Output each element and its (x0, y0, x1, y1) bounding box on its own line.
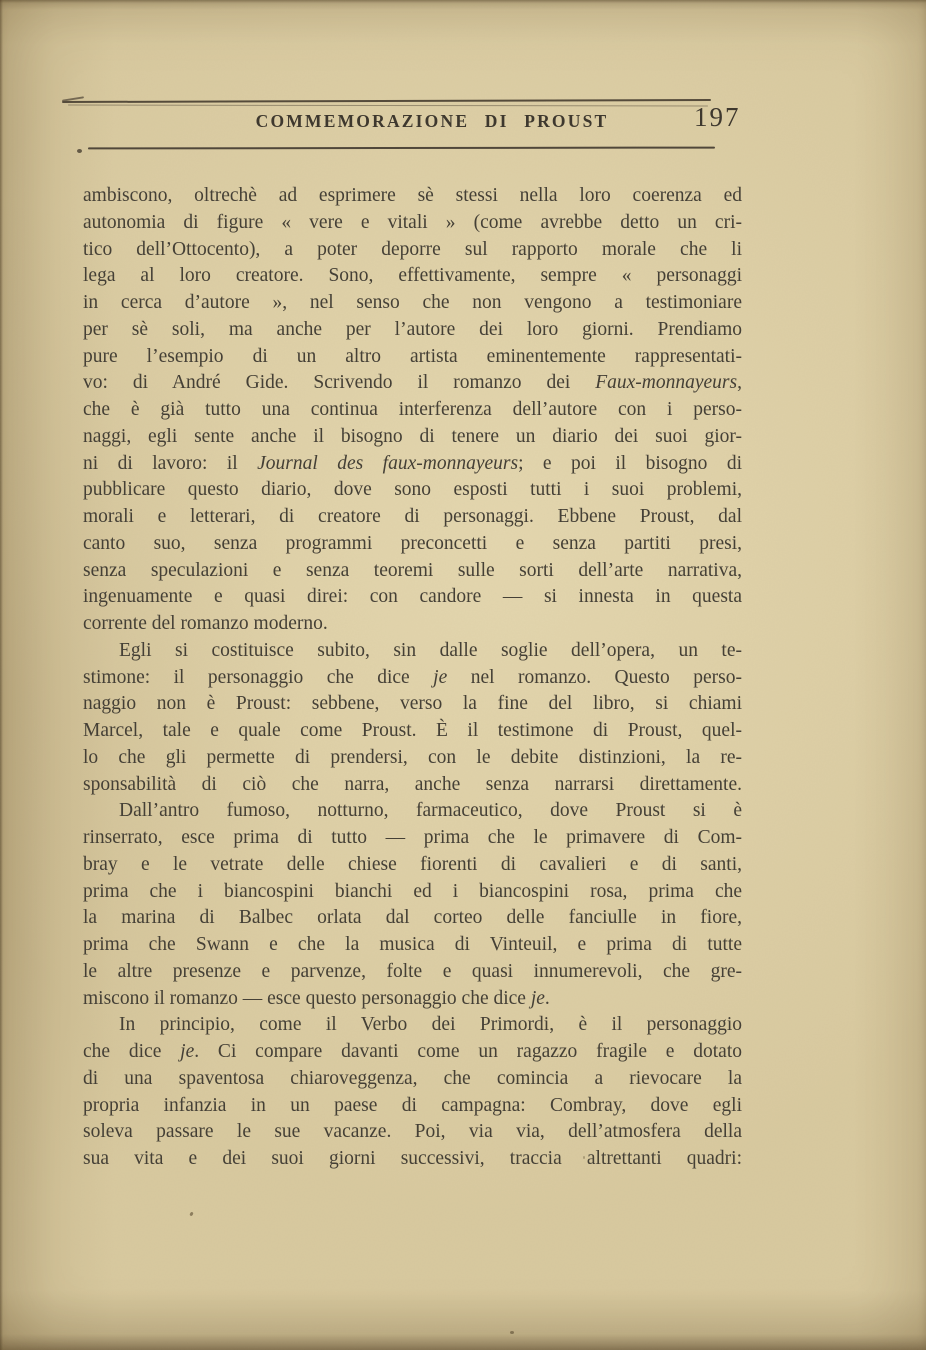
text-line: che dice je. Ci compare davanti come un … (83, 1039, 742, 1066)
text: ; e poi il bisogno di (518, 453, 742, 474)
text-line: rinserrato, esce prima di tutto — prima … (83, 825, 742, 852)
text: lega al loro creatore. Sono, effettivame… (83, 265, 742, 286)
text-line: Marcel, tale e quale come Proust. È il t… (83, 718, 742, 745)
text: le altre presenze e parvenze, folte e qu… (83, 961, 742, 982)
text: Egli si costituisce subito, sin dalle so… (119, 640, 742, 661)
text: lo che gli permette di prendersi, con le… (83, 747, 742, 768)
text: ni di lavoro: il (83, 453, 257, 474)
header-rule-top-echo (68, 105, 708, 107)
text: corrente del romanzo moderno. (83, 613, 328, 634)
text: senza speculazioni e senza teoremi sulle… (83, 560, 742, 581)
text-line: lega al loro creatore. Sono, effettivame… (83, 263, 742, 290)
header-rule-top (62, 99, 711, 103)
text-line: Dall’antro fumoso, notturno, farmaceutic… (83, 798, 742, 825)
text-line: miscono il romanzo — esce questo persona… (83, 986, 742, 1013)
running-head: COMMEMORAZIONE DI PROUST (103, 111, 761, 132)
text-line: prima che i biancospini bianchi ed i bia… (83, 879, 742, 906)
text-line: pure l’esempio di un altro artista emine… (83, 344, 742, 371)
text: sua vita e dei suoi giorni successivi, t… (83, 1148, 742, 1169)
text: di una spaventosa chiaroveggenza, che co… (83, 1068, 742, 1089)
text: propria infanzia in un paese di campagna… (83, 1095, 742, 1116)
text-line: sua vita e dei suoi giorni successivi, t… (83, 1146, 742, 1173)
text: prima che Swann e che la musica di Vinte… (83, 934, 742, 955)
text-line: lo che gli permette di prendersi, con le… (83, 745, 742, 772)
text: autonomia di figure « vere e vitali » (c… (83, 212, 742, 233)
text: Dall’antro fumoso, notturno, farmaceutic… (119, 800, 742, 821)
text-line: naggio non è Proust: sebbene, verso la f… (83, 691, 742, 718)
text: nel romanzo. Questo perso- (447, 667, 742, 688)
italic-text: Faux-monnayeurs (595, 372, 737, 393)
text-line: bray e le vetrate delle chiese fiorenti … (83, 852, 742, 879)
paper-speck (510, 1331, 514, 1334)
text: vo: di André Gide. Scrivendo il romanzo … (83, 372, 595, 393)
text-line: che è già tutto una continua interferenz… (83, 397, 742, 424)
text-line: per sè soli, ma anche per l’autore dei l… (83, 317, 742, 344)
text-line: Egli si costituisce subito, sin dalle so… (83, 638, 742, 665)
text-line: di una spaventosa chiaroveggenza, che co… (83, 1066, 742, 1093)
text-line: pubblicare questo diario, dove sono espo… (83, 477, 742, 504)
text-line: ingenuamente e quasi direi: con candore … (83, 584, 742, 611)
text: naggio non è Proust: sebbene, verso la f… (83, 693, 742, 714)
text: . (545, 988, 550, 1009)
text: miscono il romanzo — esce questo persona… (83, 988, 531, 1009)
text: pure l’esempio di un altro artista emine… (83, 346, 742, 367)
text: rinserrato, esce prima di tutto — prima … (83, 827, 742, 848)
text: . Ci compare davanti come un ragazzo fra… (194, 1041, 742, 1062)
text-line: corrente del romanzo moderno. (83, 611, 742, 638)
text-line: morali e letterari, di creatore di perso… (83, 504, 742, 531)
text-line: tico dell’Ottocento), a poter deporre su… (83, 237, 742, 264)
text: soleva passare le sue vacanze. Poi, via … (83, 1121, 742, 1142)
text: , (737, 372, 742, 393)
text: pubblicare questo diario, dove sono espo… (83, 479, 742, 500)
text-line: in cerca d’autore », nel senso che non v… (83, 290, 742, 317)
text-line: la marina di Balbec orlata dal corteo de… (83, 905, 742, 932)
book-page: COMMEMORAZIONE DI PROUST 197 ambiscono, … (0, 0, 926, 1350)
text-line: le altre presenze e parvenze, folte e qu… (83, 959, 742, 986)
text: naggi, egli sente anche il bisogno di te… (83, 426, 742, 447)
text: la marina di Balbec orlata dal corteo de… (83, 907, 742, 928)
ink-dot (77, 149, 82, 153)
text: morali e letterari, di creatore di perso… (83, 506, 742, 527)
body-text: ambiscono, oltrechè ad esprimere sè stes… (83, 183, 742, 1173)
text-line: In principio, come il Verbo dei Primordi… (83, 1012, 742, 1039)
text: che dice (83, 1041, 180, 1062)
text-line: autonomia di figure « vere e vitali » (c… (83, 210, 742, 237)
text-line: soleva passare le sue vacanze. Poi, via … (83, 1119, 742, 1146)
text-line: ni di lavoro: il Journal des faux-monnay… (83, 451, 742, 478)
page-number: 197 (694, 102, 754, 133)
text: per sè soli, ma anche per l’autore dei l… (83, 319, 742, 340)
text: canto suo, senza programmi preconcetti e… (83, 533, 742, 554)
paper-speck (583, 1156, 585, 1159)
italic-text: je (180, 1041, 194, 1062)
text-line: naggi, egli sente anche il bisogno di te… (83, 424, 742, 451)
text: bray e le vetrate delle chiese fiorenti … (83, 854, 742, 875)
text-line: ambiscono, oltrechè ad esprimere sè stes… (83, 183, 742, 210)
italic-text: Journal des faux-monnayeurs (257, 453, 518, 474)
text-line: vo: di André Gide. Scrivendo il romanzo … (83, 370, 742, 397)
text-line: propria infanzia in un paese di campagna… (83, 1093, 742, 1120)
text: In principio, come il Verbo dei Primordi… (119, 1014, 742, 1035)
text-line: prima che Swann e che la musica di Vinte… (83, 932, 742, 959)
text: che è già tutto una continua interferenz… (83, 399, 742, 420)
text-line: stimone: il personaggio che dice je nel … (83, 665, 742, 692)
text: sponsabilità di ciò che narra, anche sen… (83, 774, 742, 795)
text: Marcel, tale e quale come Proust. È il t… (83, 720, 742, 741)
text: stimone: il personaggio che dice (83, 667, 433, 688)
text: ambiscono, oltrechè ad esprimere sè stes… (83, 185, 742, 206)
text: in cerca d’autore », nel senso che non v… (83, 292, 742, 313)
paper-speck (189, 1212, 194, 1217)
text: tico dell’Ottocento), a poter deporre su… (83, 239, 742, 260)
italic-text: je (531, 988, 545, 1009)
italic-text: je (433, 667, 447, 688)
text: prima che i biancospini bianchi ed i bia… (83, 881, 742, 902)
header-rule-bottom (88, 147, 715, 150)
text-line: canto suo, senza programmi preconcetti e… (83, 531, 742, 558)
text-line: sponsabilità di ciò che narra, anche sen… (83, 772, 742, 799)
text: ingenuamente e quasi direi: con candore … (83, 586, 742, 607)
text-line: senza speculazioni e senza teoremi sulle… (83, 558, 742, 585)
